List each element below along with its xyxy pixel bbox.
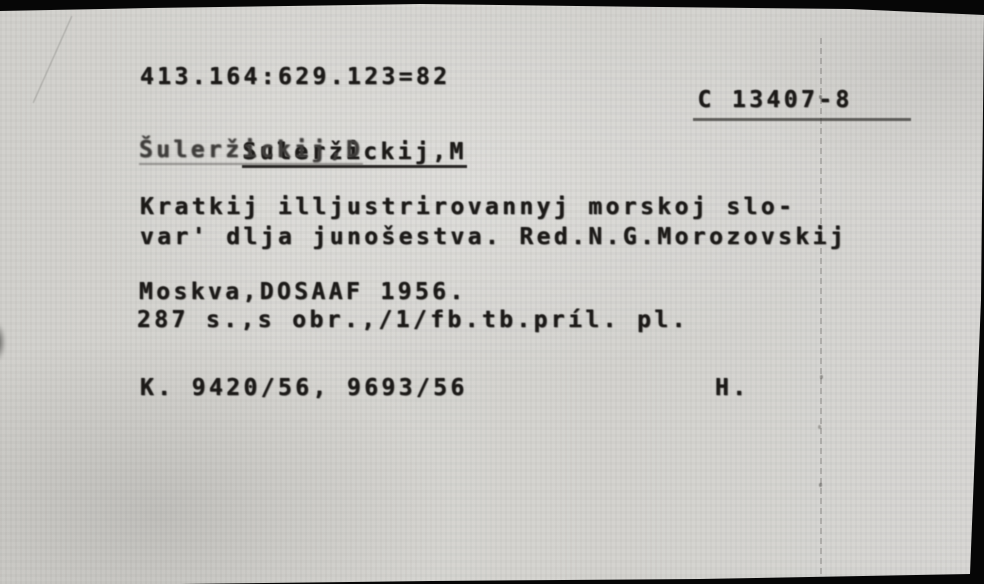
title-line1: Kratkij illjustrirovannyj morskoj slo- [140,194,795,220]
call-number: C 13407-8 [590,61,911,147]
paper-scratch [33,16,73,103]
scanned-catalog-card-scene: 413.164:629.123=82 C 13407-8 Suleržickij… [0,0,984,584]
imprint-line: Moskva,DOSAAF 1956. [139,279,467,305]
title-line2: var' dlja junošestva. Red.N.G.Morozovski… [140,224,847,250]
catalog-card: 413.164:629.123=82 C 13407-8 Suleržickij… [0,0,984,584]
call-number-underlined: C 13407-8 [693,87,910,121]
annotation-letter: H. [715,375,750,401]
left-edge-smudge [0,322,6,362]
collation-line: 287 s.,s obr.,/1/fb.tb.príl. pl. [137,307,689,333]
author-heading-line2: Šuleržickij,D [139,137,363,165]
accession-numbers: K. 9420/56, 9693/56 [140,375,468,401]
classification-number: 413.164:629.123=82 [140,64,450,90]
